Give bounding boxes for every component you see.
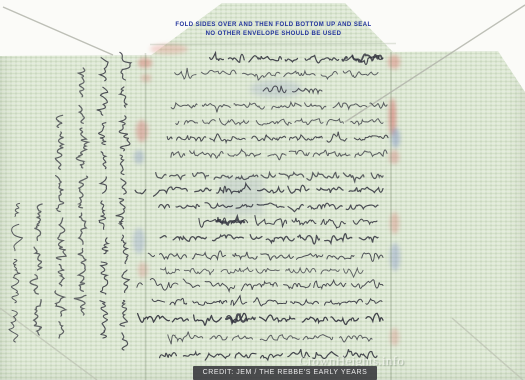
hebrew-cursive-strokes: [9, 52, 388, 360]
crease-line: [0, 308, 97, 380]
handwriting-ink: [0, 0, 525, 380]
credit-bar: CREDIT: JEM / THE REBBE'S EARLY YEARS: [193, 366, 377, 380]
crease-line: [452, 318, 523, 380]
flap-fold-line: [150, 44, 396, 45]
aerogramme-scan: FOLD SIDES OVER AND THEN FOLD BOTTOM UP …: [0, 0, 525, 380]
crease-line: [3, 7, 113, 55]
